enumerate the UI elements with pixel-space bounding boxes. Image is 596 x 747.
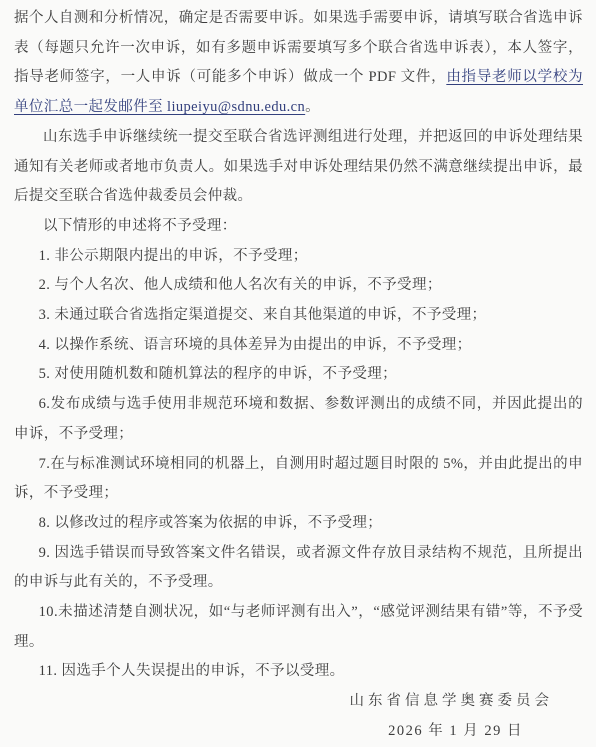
list-item-number: 7. bbox=[39, 456, 51, 472]
list-item: 4. 以操作系统、语言环境的具体差异为由提出的申诉，不予受理； bbox=[14, 331, 583, 361]
rejection-list: 1. 非公示期限内提出的申诉，不予受理；2. 与个人名次、他人成绩和他人名次有关… bbox=[14, 242, 583, 688]
list-item-text: 非公示期限内提出的申诉，不予受理； bbox=[54, 248, 307, 264]
list-item: 3. 未通过联合省选指定渠道提交、来自其他渠道的申诉，不予受理； bbox=[14, 301, 583, 331]
list-item-text: 因选手错误而导致答案文件名错误，或者源文件存放目录结构不规范，且所提出的申诉与此… bbox=[14, 545, 583, 591]
list-item-number: 2. bbox=[39, 277, 55, 293]
list-item-number: 1. bbox=[39, 248, 55, 264]
list-item-number: 8. bbox=[39, 515, 55, 531]
paragraph-appeal-process: 山东选手申诉继续统一提交至联合省选评测组进行处理，并把返回的申诉处理结果通知有关… bbox=[14, 123, 583, 212]
list-item: 2. 与个人名次、他人成绩和他人名次有关的申诉，不予受理； bbox=[14, 271, 583, 301]
list-item-number: 5. bbox=[39, 366, 55, 382]
list-item-number: 10. bbox=[39, 604, 58, 620]
list-item-text: 与个人名次、他人成绩和他人名次有关的申诉，不予受理； bbox=[54, 277, 441, 293]
list-item-number: 11. bbox=[39, 663, 62, 679]
committee-signature: 山东省信息学奥赛委员会 bbox=[14, 687, 583, 717]
list-item-text: 未描述清楚自测状况，如“与老师评测有出入”，“感觉评测结果有错”等，不予受理。 bbox=[14, 604, 583, 650]
list-item-text: 在与标准测试环境相同的机器上，自测用时超过题目时限的 5%，并由此提出的申诉，不… bbox=[14, 456, 583, 502]
list-item-number: 6. bbox=[39, 396, 51, 412]
list-item-number: 9. bbox=[39, 545, 55, 561]
list-item: 8. 以修改过的程序或答案为依据的申诉，不予受理； bbox=[14, 509, 583, 539]
list-item-text: 因选手个人失误提出的申诉，不予以受理。 bbox=[61, 663, 344, 679]
list-intro: 以下情形的申述将不予受理： bbox=[14, 212, 583, 242]
list-item: 5. 对使用随机数和随机算法的程序的申诉，不予受理； bbox=[14, 360, 583, 390]
list-item-text: 发布成绩与选手使用非规范环境和数据、参数评测出的成绩不同，并因此提出的申诉，不予… bbox=[14, 396, 583, 442]
list-item-number: 3. bbox=[39, 307, 55, 323]
list-item: 9. 因选手错误而导致答案文件名错误，或者源文件存放目录结构不规范，且所提出的申… bbox=[14, 539, 583, 598]
list-item-text: 以操作系统、语言环境的具体差异为由提出的申诉，不予受理； bbox=[54, 337, 471, 353]
document-date: 2026 年 1 月 29 日 bbox=[14, 717, 583, 747]
list-item: 6.发布成绩与选手使用非规范环境和数据、参数评测出的成绩不同，并因此提出的申诉，… bbox=[14, 390, 583, 449]
list-item-text: 对使用随机数和随机算法的程序的申诉，不予受理； bbox=[54, 366, 397, 382]
document-page: 据个人自测和分析情况，确定是否需要申诉。如果选手需要申诉，请填写联合省选申诉表（… bbox=[0, 0, 596, 747]
appeal-instructions-period: 。 bbox=[305, 99, 320, 115]
list-item: 1. 非公示期限内提出的申诉，不予受理； bbox=[14, 242, 583, 272]
paragraph-appeal-instructions: 据个人自测和分析情况，确定是否需要申诉。如果选手需要申诉，请填写联合省选申诉表（… bbox=[14, 4, 583, 123]
list-item: 7.在与标准测试环境相同的机器上，自测用时超过题目时限的 5%，并由此提出的申诉… bbox=[14, 450, 583, 509]
list-item-text: 以修改过的程序或答案为依据的申诉，不予受理； bbox=[54, 515, 382, 531]
list-item: 10.未描述清楚自测状况，如“与老师评测有出入”，“感觉评测结果有错”等，不予受… bbox=[14, 598, 583, 657]
list-item: 11. 因选手个人失误提出的申诉，不予以受理。 bbox=[14, 657, 583, 687]
list-item-number: 4. bbox=[39, 337, 55, 353]
list-item-text: 未通过联合省选指定渠道提交、来自其他渠道的申诉，不予受理； bbox=[54, 307, 486, 323]
